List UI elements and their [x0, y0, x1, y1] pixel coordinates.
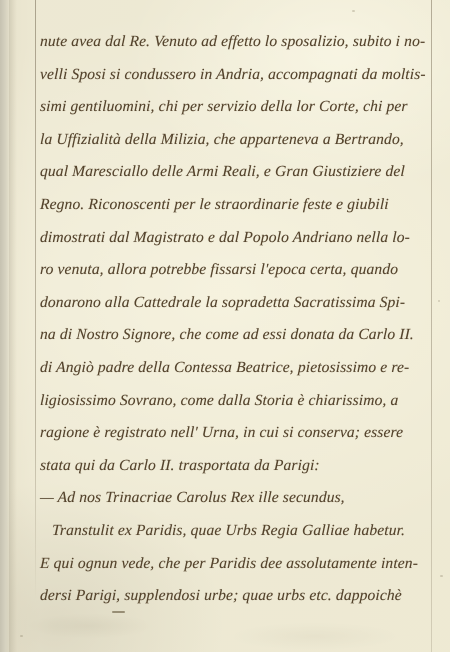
manuscript-line: donarono alla Cattedrale la sopradetta S…: [39, 287, 434, 320]
manuscript-line: ragione è registrato nell' Urna, in cui …: [39, 417, 434, 450]
paper-speck: [438, 300, 440, 302]
manuscript-line: na di Nostro Signore, che come ad essi d…: [39, 319, 434, 352]
left-margin-rule: [35, 0, 36, 600]
paper-speck: [20, 635, 23, 637]
manuscript-line: E qui ognun vede, che per Paridis dee as…: [39, 548, 434, 581]
ink-underline-mark: [112, 611, 125, 613]
manuscript-line: qual Maresciallo delle Armi Reali, e Gra…: [39, 156, 434, 189]
manuscript-line: stata qui da Carlo II. trasportata da Pa…: [39, 450, 434, 483]
paper-speck: [440, 575, 443, 577]
manuscript-line-latin-verse: Transtulit ex Paridis, quae Urbs Regia G…: [39, 515, 434, 548]
manuscript-line: la Uffizialità della Milizia, che appart…: [39, 124, 434, 157]
manuscript-line-latin-verse: — Ad nos Trinacriae Carolus Rex ille sec…: [39, 482, 434, 515]
manuscript-line: ligiosissimo Sovrano, come dalla Storia …: [39, 385, 434, 418]
manuscript-line: dimostrati dal Magistrato e dal Popolo A…: [39, 222, 434, 255]
manuscript-scan-page: nute avea dal Re. Venuto ad effetto lo s…: [0, 0, 450, 652]
manuscript-text-block: nute avea dal Re. Venuto ad effetto lo s…: [40, 26, 434, 613]
manuscript-line: simi gentiluomini, chi per servizio dell…: [39, 91, 434, 124]
scan-left-edge-shadow: [9, 0, 17, 652]
manuscript-line: nute avea dal Re. Venuto ad effetto lo s…: [39, 26, 434, 59]
manuscript-line: ro venuta, allora potrebbe fissarsi l'ep…: [39, 254, 434, 287]
manuscript-line: dersi Parigi, supplendosi urbe; quae urb…: [39, 580, 434, 613]
paper-speck: [352, 10, 355, 12]
manuscript-line: di Angiò padre della Contessa Beatrice, …: [39, 352, 434, 385]
manuscript-line: Regno. Riconoscenti per le straordinarie…: [39, 189, 434, 222]
manuscript-line: velli Sposi si condussero in Andria, acc…: [39, 59, 434, 92]
